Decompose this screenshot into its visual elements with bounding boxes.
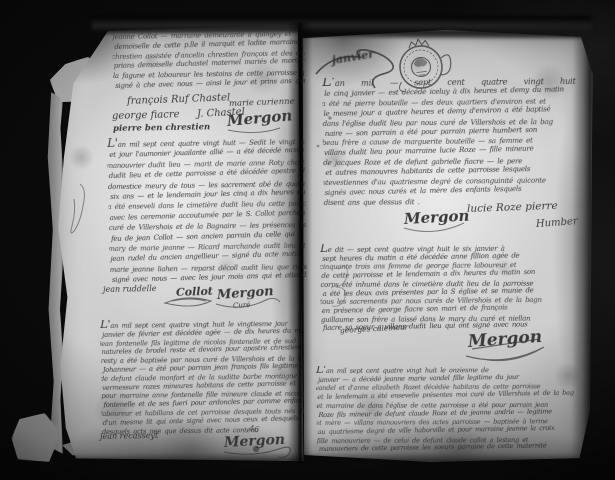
signature-pierre-chrestien: pierre ben chrestien (113, 122, 210, 134)
manuscript-paragraph: L'an mil sept cent quatre vingt huit le … (316, 363, 589, 454)
manuscript-paragraph: Le dit — sept cent quatre vingt huit le … (320, 241, 587, 332)
signature-jean-recasseyt: jean recasseyt (100, 431, 158, 441)
manuscript-paragraph: Jeanne Collot — marraine demeurante à qu… (112, 29, 305, 95)
manuscript-paragraph: L'an mil sept cent quatre vingt huit — S… (107, 134, 307, 288)
deckle-edge-strip (46, 92, 63, 454)
signature-george-fiacre: george fiacre (112, 109, 180, 122)
page-bottom-edge (53, 452, 303, 463)
signature-cure-title: Curé (233, 301, 251, 310)
binding-top-shadow (92, 16, 592, 32)
signature-collot: Collot (176, 285, 213, 299)
signature-mergon-bottom: Mergon (224, 432, 286, 451)
manuscript-scan: Jeanne Collot — marraine demeurante à qu… (0, 0, 615, 480)
manuscript-paragraph: L'an mil — sept cent quatre vingt huit .… (322, 74, 586, 208)
signature-jean-ruddelle: jean ruddelle (103, 284, 157, 294)
manuscript-paragraph: L'an mil sept cent quatre vingt huit le … (100, 316, 304, 436)
signature-mergon: Mergon (404, 207, 470, 228)
page-bottom-edge (298, 452, 591, 462)
